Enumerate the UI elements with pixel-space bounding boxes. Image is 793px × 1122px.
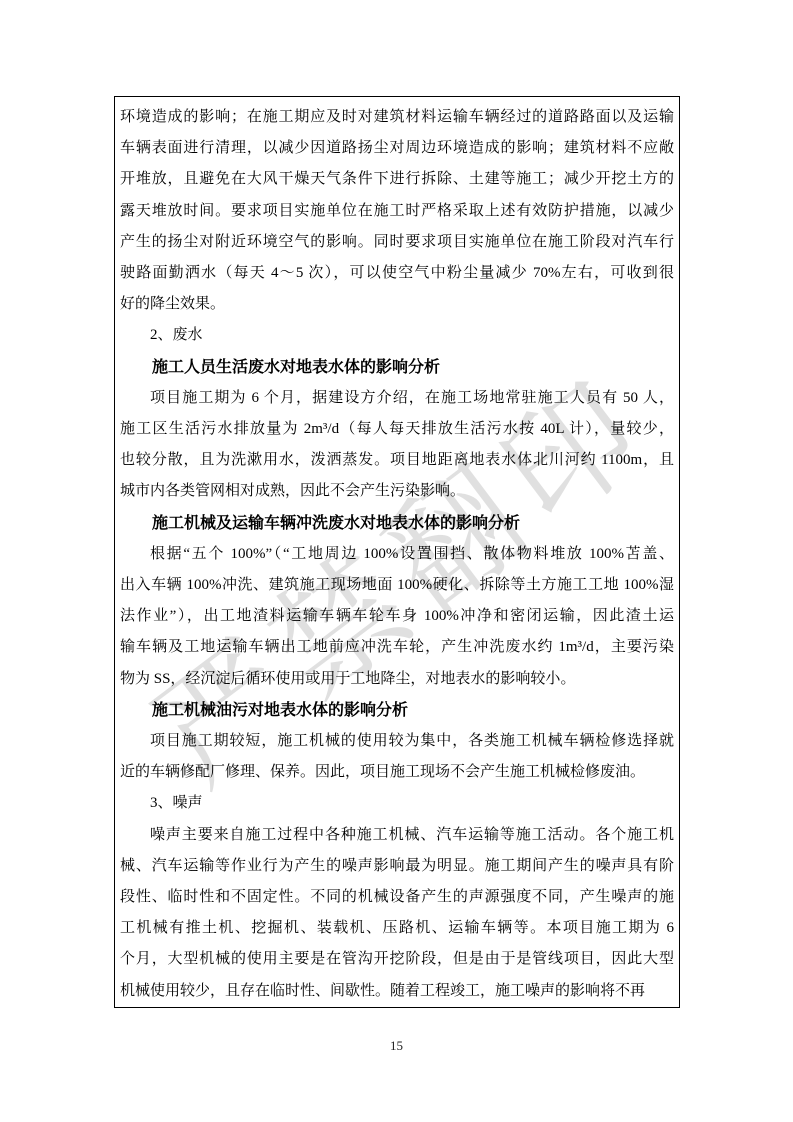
- paragraph: 环境造成的影响；在施工期应及时对建筑材料运输车辆经过的道路路面以及运输车辆表面进…: [120, 102, 674, 320]
- text-line: 法作业”），出工地渣料运输车辆车轮车身 100%冲净和密闭运输，因此渣土运: [120, 601, 674, 632]
- list-item: 3、噪声: [120, 788, 674, 819]
- table-cell-border: 环境造成的影响；在施工期应及时对建筑材料运输车辆经过的道路路面以及运输车辆表面进…: [114, 96, 680, 1008]
- text-line: 近的车辆修配厂修理、保养。因此，项目施工现场不会产生施工机械检修废油。: [120, 757, 674, 788]
- text-line: 机械使用较少，且存在临时性、间歇性。随着工程竣工，施工噪声的影响将不再: [120, 976, 674, 1007]
- text-line: 施工机械及运输车辆冲洗废水对地表水体的影响分析: [120, 508, 674, 539]
- text-line: 环境造成的影响；在施工期应及时对建筑材料运输车辆经过的道路路面以及运输: [120, 102, 674, 133]
- text-line: 个月，大型机械的使用主要是在管沟开挖阶段，但是由于是管线项目，因此大型: [120, 944, 674, 975]
- section-heading: 施工人员生活废水对地表水体的影响分析: [120, 352, 674, 383]
- text-line: 好的降尘效果。: [120, 289, 674, 320]
- list-item: 2、废水: [120, 320, 674, 351]
- text-line: 城市内各类管网相对成熟，因此不会产生污染影响。: [120, 476, 674, 507]
- text-line: 施工人员生活废水对地表水体的影响分析: [120, 352, 674, 383]
- section-heading: 施工机械油污对地表水体的影响分析: [120, 695, 674, 726]
- document-page: 严禁翻印 环境造成的影响；在施工期应及时对建筑材料运输车辆经过的道路路面以及运输…: [0, 0, 793, 1122]
- section-heading: 施工机械及运输车辆冲洗废水对地表水体的影响分析: [120, 508, 674, 539]
- text-line: 物为 SS，经沉淀后循环使用或用于工地降尘，对地表水的影响较小。: [120, 664, 674, 695]
- text-line: 也较分散，且为洗漱用水，泼洒蒸发。项目地距离地表水体北川河约 1100m，且: [120, 445, 674, 476]
- text-line: 2、废水: [120, 320, 674, 351]
- text-line: 产生的扬尘对附近环境空气的影响。同时要求项目实施单位在施工阶段对汽车行: [120, 227, 674, 258]
- text-line: 车辆表面进行清理，以减少因道路扬尘对周边环境造成的影响；建筑材料不应敞: [120, 133, 674, 164]
- text-line: 施工区生活污水排放量为 2m³/d（每人每天排放生活污水按 40L 计），量较少…: [120, 414, 674, 445]
- text-line: 施工机械油污对地表水体的影响分析: [120, 695, 674, 726]
- text-line: 露天堆放时间。要求项目实施单位在施工时严格采取上述有效防护措施，以减少: [120, 196, 674, 227]
- text-line: 械、汽车运输等作业行为产生的噪声影响最为明显。施工期间产生的噪声具有阶: [120, 851, 674, 882]
- text-line: 项目施工期较短，施工机械的使用较为集中，各类施工机械车辆检修选择就: [120, 726, 674, 757]
- text-line: 工机械有推土机、挖掘机、装载机、压路机、运输车辆等。本项目施工期为 6: [120, 913, 674, 944]
- text-line: 3、噪声: [120, 788, 674, 819]
- document-content: 环境造成的影响；在施工期应及时对建筑材料运输车辆经过的道路路面以及运输车辆表面进…: [120, 102, 674, 1007]
- text-line: 根据“五个 100%”（“工地周边 100%设置围挡、散体物料堆放 100%苫盖…: [120, 539, 674, 570]
- text-line: 项目施工期为 6 个月，据建设方介绍，在施工场地常驻施工人员有 50 人，: [120, 383, 674, 414]
- text-line: 驶路面勤洒水（每天 4～5 次），可以使空气中粉尘量减少 70%左右，可收到很: [120, 258, 674, 289]
- text-line: 噪声主要来自施工过程中各种施工机械、汽车运输等施工活动。各个施工机: [120, 820, 674, 851]
- text-line: 出入车辆 100%冲洗、建筑施工现场地面 100%硬化、拆除等土方施工工地 10…: [120, 570, 674, 601]
- text-line: 开堆放，且避免在大风干燥天气条件下进行拆除、土建等施工；减少开挖土方的: [120, 164, 674, 195]
- paragraph: 根据“五个 100%”（“工地周边 100%设置围挡、散体物料堆放 100%苫盖…: [120, 539, 674, 695]
- paragraph: 项目施工期为 6 个月，据建设方介绍，在施工场地常驻施工人员有 50 人，施工区…: [120, 383, 674, 508]
- page-number: 15: [0, 1038, 793, 1054]
- paragraph: 项目施工期较短，施工机械的使用较为集中，各类施工机械车辆检修选择就近的车辆修配厂…: [120, 726, 674, 788]
- text-line: 段性、临时性和不固定性。不同的机械设备产生的声源强度不同，产生噪声的施: [120, 882, 674, 913]
- paragraph: 噪声主要来自施工过程中各种施工机械、汽车运输等施工活动。各个施工机械、汽车运输等…: [120, 820, 674, 1007]
- text-line: 输车辆及工地运输车辆出工地前应冲洗车轮，产生冲洗废水约 1m³/d，主要污染: [120, 632, 674, 663]
